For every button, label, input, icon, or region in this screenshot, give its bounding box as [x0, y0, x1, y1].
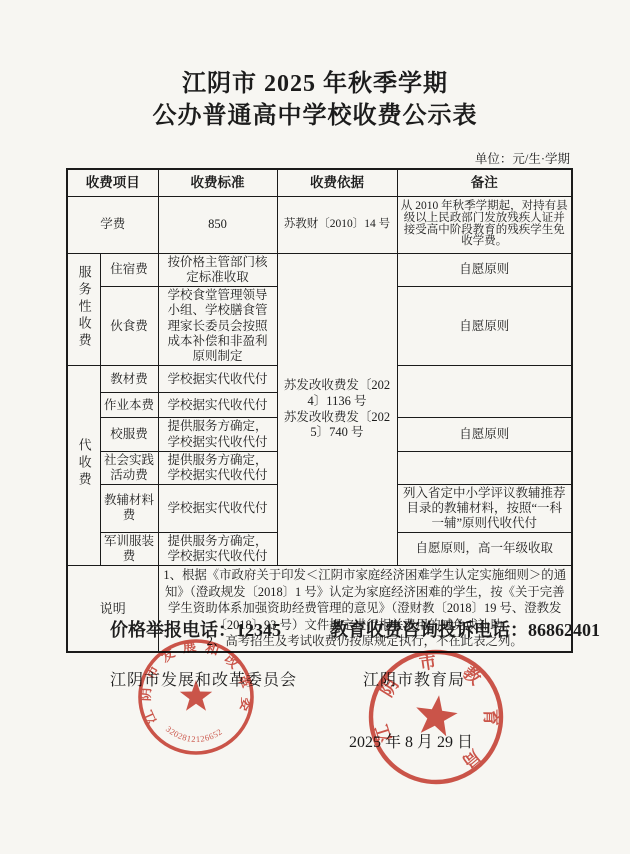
uniform-note: 自愿原则 — [397, 418, 572, 452]
meals-name: 伙食费 — [100, 287, 158, 366]
textbook-standard: 学校据实代收代付 — [158, 366, 277, 393]
tuition-standard: 850 — [158, 196, 277, 253]
svg-text:3202812126652: 3202812126652 — [164, 724, 224, 744]
accommodation-standard: 按价格主管部门核定标准收取 — [158, 253, 277, 287]
edu-hotline-label: 教育收费咨询投诉电话： — [330, 620, 528, 640]
development-reform-commission-stamp: 江阴市发展和改革委员会 3202812126652 — [130, 631, 262, 763]
supplementary-name: 教辅材料费 — [100, 485, 158, 532]
social-practice-note — [397, 451, 572, 485]
fee-table: 收费项目 收费标准 收费依据 备注 学费 850 苏教财〔2010〕14 号 从… — [66, 168, 573, 653]
workbook-name: 作业本费 — [100, 393, 158, 418]
table-header-row: 收费项目 收费标准 收费依据 备注 — [67, 169, 572, 196]
page-title: 江阴市 2025 年秋季学期 公办普通高中学校收费公示表 — [0, 68, 630, 132]
edu-hotline-number: 86862401 — [528, 620, 600, 640]
shared-basis-line1: 苏发改收费发〔2024〕1136 号 — [281, 378, 394, 409]
category-service-fees: 服务性收费 — [67, 253, 100, 366]
header-standard: 收费标准 — [158, 169, 277, 196]
scanned-fee-notice-page: 江阴市 2025 年秋季学期 公办普通高中学校收费公示表 单位：元/生·学期 收… — [0, 0, 630, 854]
social-practice-standard: 提供服务方确定，学校据实代收代付 — [158, 451, 277, 485]
uniform-standard: 提供服务方确定，学校据实代收代付 — [158, 418, 277, 452]
page-title-line2: 公办普通高中学校收费公示表 — [0, 100, 630, 132]
header-item: 收费项目 — [67, 169, 158, 196]
military-training-name: 军训服装费 — [100, 532, 158, 566]
military-training-standard: 提供服务方确定，学校据实代收代付 — [158, 532, 277, 566]
stamp-star-icon — [180, 680, 212, 711]
stamp-star-icon — [413, 692, 460, 737]
header-note: 备注 — [397, 169, 572, 196]
stamp-code-text: 3202812126652 — [164, 724, 224, 744]
military-training-note: 自愿原则，高一年级收取 — [397, 532, 572, 566]
meals-standard: 学校食堂管理领导小组、学校膳食管理家长委员会按照成本补偿和非盈利原则制定 — [158, 287, 277, 366]
table-row-accommodation: 服务性收费 住宿费 按价格主管部门核定标准收取 苏发改收费发〔2024〕1136… — [67, 253, 572, 287]
page-title-line1: 江阴市 2025 年秋季学期 — [0, 68, 630, 100]
textbook-name: 教材费 — [100, 366, 158, 393]
accommodation-note: 自愿原则 — [397, 253, 572, 287]
tuition-name: 学费 — [67, 196, 158, 253]
uniform-name: 校服费 — [100, 418, 158, 452]
tuition-basis: 苏教财〔2010〕14 号 — [277, 196, 397, 253]
table-row-tuition: 学费 850 苏教财〔2010〕14 号 从 2010 年秋季学期起，对持有县级… — [67, 196, 572, 253]
header-basis: 收费依据 — [277, 169, 397, 196]
category-service-fees-label: 服务性收费 — [76, 265, 92, 350]
shared-basis: 苏发改收费发〔2024〕1136 号 苏发改收费发〔2025〕740 号 — [277, 253, 397, 566]
unit-note: 单位：元/生·学期 — [0, 149, 570, 167]
textbook-workbook-note — [397, 366, 572, 418]
tuition-note: 从 2010 年秋季学期起，对持有县级以上民政部门发放残疾人证并接受高中阶段教育… — [397, 196, 572, 253]
meals-note: 自愿原则 — [397, 287, 572, 366]
workbook-standard: 学校据实代收代付 — [158, 393, 277, 418]
supplementary-note: 列入省定中小学评议教辅推荐目录的教辅材料，按照“一科一辅”原则代收代付 — [397, 485, 572, 532]
category-agency-fees-label: 代收费 — [76, 438, 92, 489]
social-practice-name: 社会实践活动费 — [100, 451, 158, 485]
supplementary-standard: 学校据实代收代付 — [158, 485, 277, 532]
category-agency-fees: 代收费 — [67, 366, 100, 566]
shared-basis-line2: 苏发改收费发〔2025〕740 号 — [281, 410, 394, 441]
education-bureau-stamp: 江阴市教育局 — [350, 631, 522, 803]
accommodation-name: 住宿费 — [100, 253, 158, 287]
